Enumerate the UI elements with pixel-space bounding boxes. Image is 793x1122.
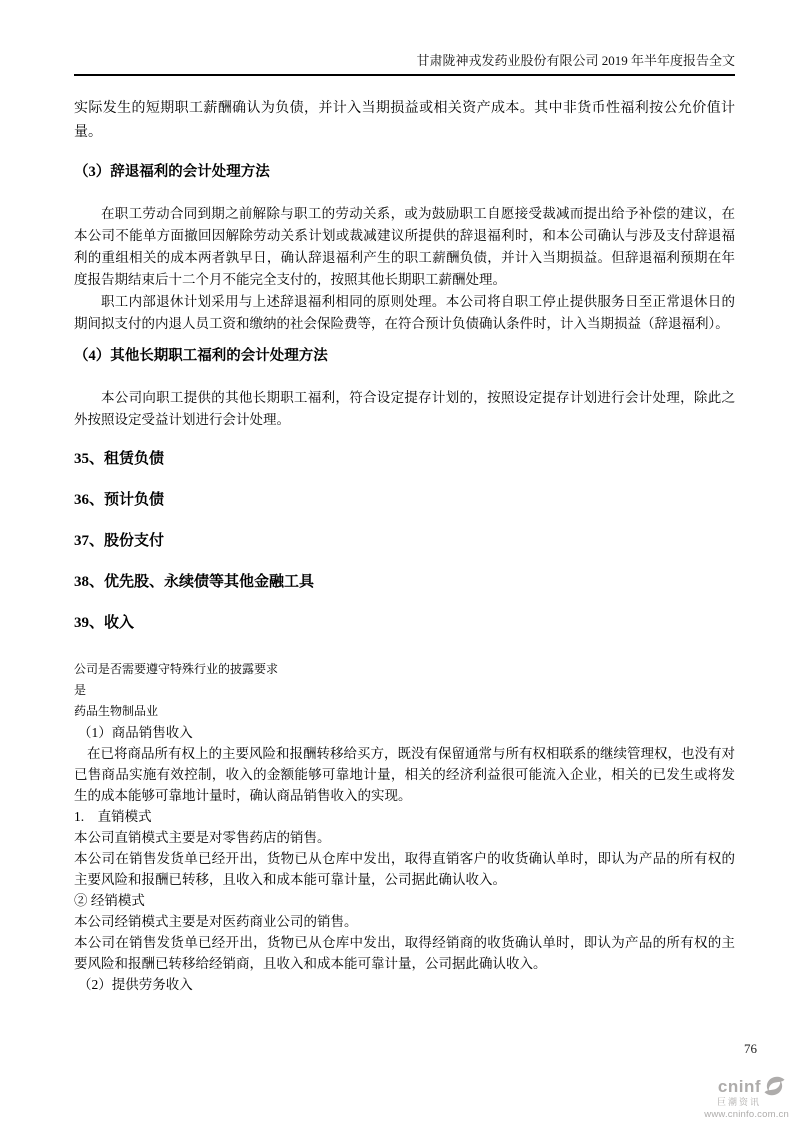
section-3-paragraph-2: 职工内部退休计划采用与上述辞退福利相同的原则处理。本公司将自职工停止提供服务日至… — [74, 291, 735, 335]
direct-sales-line: 本公司直销模式主要是对零售药店的销售。 — [74, 827, 735, 848]
page-content: 甘肃陇神戎发药业股份有限公司 2019 年半年度报告全文 实际发生的短期职工薪酬… — [0, 0, 793, 995]
revenue-sub1-paragraph: 在已将商品所有权上的主要风险和报酬转移给买方，既没有保留通常与所有权相联系的继续… — [74, 743, 735, 806]
section-3-heading: （3）辞退福利的会计处理方法 — [74, 162, 735, 182]
cninfo-swirl-icon — [762, 1076, 787, 1096]
heading-36-estimated-liabilities: 36、预计负债 — [74, 490, 735, 510]
section-4-heading: （4）其他长期职工福利的会计处理方法 — [74, 346, 735, 366]
cninfo-logo: cninf 巨潮资讯 www.cninfo.com.cn — [693, 1076, 789, 1120]
page-header: 甘肃陇神戎发药业股份有限公司 2019 年半年度报告全文 — [74, 0, 735, 76]
heading-37-share-payment: 37、股份支付 — [74, 531, 735, 551]
heading-35-lease-liabilities: 35、租赁负债 — [74, 449, 735, 469]
report-title: 甘肃陇神戎发药业股份有限公司 2019 年半年度报告全文 — [416, 53, 735, 68]
revenue-sub1-heading: （1）商品销售收入 — [74, 722, 735, 743]
industry-label: 药品生物制品业 — [74, 701, 735, 722]
distribution-heading: ② 经销模式 — [74, 890, 735, 911]
disclosure-answer: 是 — [74, 680, 735, 701]
report-page: 甘肃陇神戎发药业股份有限公司 2019 年半年度报告全文 实际发生的短期职工薪酬… — [0, 0, 793, 1122]
page-number: 76 — [744, 1041, 757, 1057]
cninfo-logo-row: cninf — [693, 1076, 787, 1096]
section-3-paragraph-1: 在职工劳动合同到期之前解除与职工的劳动关系，或为鼓励职工自愿接受裁减而提出给予补… — [74, 203, 735, 291]
cninfo-wordmark: cninf — [718, 1078, 761, 1095]
section-4-paragraph-1: 本公司向职工提供的其他长期职工福利，符合设定提存计划的，按照设定提存计划进行会计… — [74, 387, 735, 431]
revenue-sub2-heading: （2）提供劳务收入 — [74, 974, 735, 995]
distribution-line: 本公司经销模式主要是对医药商业公司的销售。 — [74, 911, 735, 932]
distribution-paragraph: 本公司在销售发货单已经开出，货物已从仓库中发出，取得经销商的收货确认单时，即认为… — [74, 932, 735, 974]
cninfo-url: www.cninfo.com.cn — [693, 1110, 789, 1120]
heading-38-other-financial-instruments: 38、优先股、永续债等其他金融工具 — [74, 572, 735, 592]
heading-39-revenue: 39、收入 — [74, 613, 735, 633]
direct-sales-heading: 1. 直销模式 — [74, 806, 735, 827]
carryover-paragraph: 实际发生的短期职工薪酬确认为负债，并计入当期损益或相关资产成本。其中非货币性福利… — [74, 97, 735, 145]
disclosure-question: 公司是否需要遵守特殊行业的披露要求 — [74, 659, 735, 680]
cninfo-chinese-name: 巨潮资讯 — [693, 1098, 761, 1107]
direct-sales-paragraph: 本公司在销售发货单已经开出，货物已从仓库中发出，取得直销客户的收货确认单时，即认… — [74, 848, 735, 890]
